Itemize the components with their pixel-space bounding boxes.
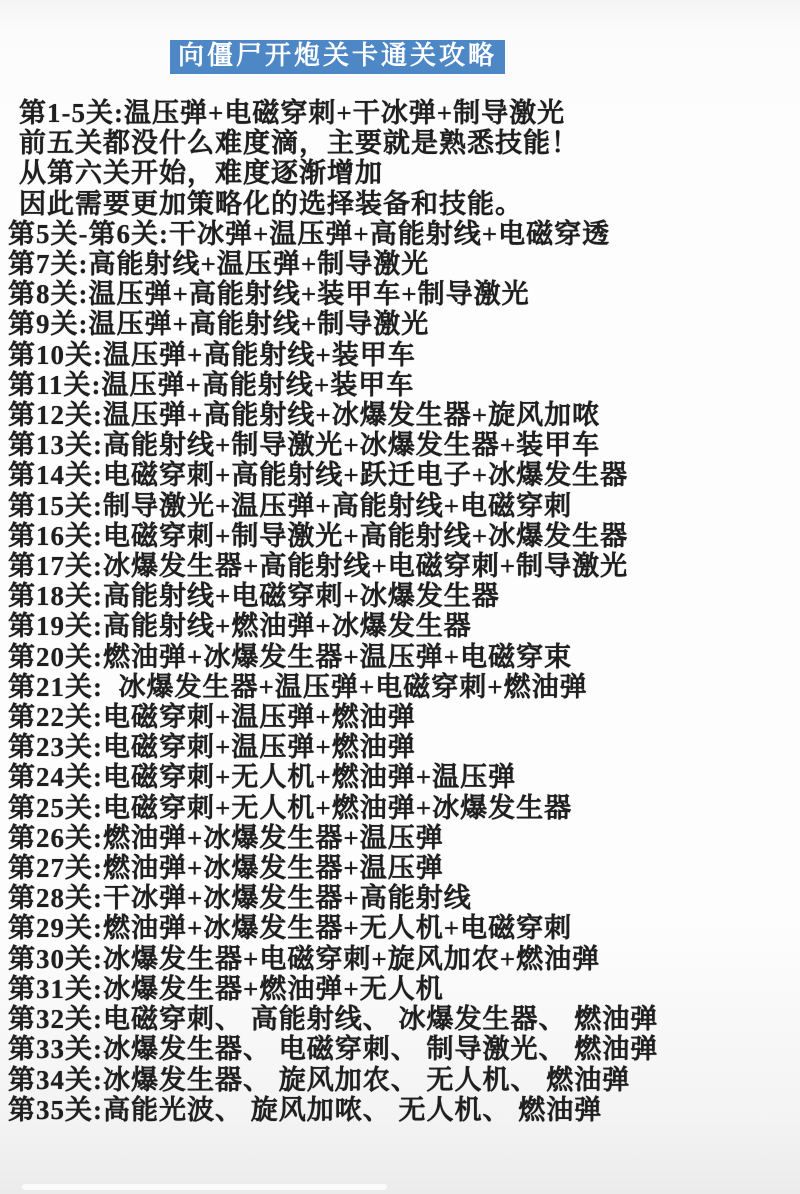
guide-line-level-12: 第12关:温压弹+高能射线+冰爆发生器+旋风加哝 [8,400,800,430]
guide-line-level-25: 第25关:电磁穿刺+无人机+燃油弹+冰爆发生器 [8,793,800,823]
guide-line-level-20: 第20关:燃油弹+冰爆发生器+温压弹+电磁穿束 [8,642,800,672]
guide-line-level-16: 第16关:电磁穿刺+制导激光+高能射线+冰爆发生器 [8,521,800,551]
guide-text: 第1-5关:温压弹+电磁穿刺+干冰弹+制导激光 前五关都没什么难度滴，主要就是熟… [0,98,800,1125]
guide-line-level-19: 第19关:高能射线+燃油弹+冰爆发生器 [8,611,800,641]
guide-line-level-24: 第24关:电磁穿刺+无人机+燃油弹+温压弹 [8,762,800,792]
guide-line-level-21: 第21关: 冰爆发生器+温压弹+电磁穿刺+燃油弹 [8,672,800,702]
guide-line-level-15: 第15关:制导激光+温压弹+高能射线+电磁穿刺 [8,491,800,521]
guide-line-intro-3: 因此需要更加策略化的选择装备和技能。 [8,189,800,219]
guide-line-level-35: 第35关:高能光波、 旋风加哝、 无人机、 燃油弹 [8,1095,800,1125]
guide-line-level-22: 第22关:电磁穿刺+温压弹+燃油弹 [8,702,800,732]
guide-line-level-34: 第34关:冰爆发生器、 旋风加农、 无人机、 燃油弹 [8,1065,800,1095]
guide-line-level-29: 第29关:燃油弹+冰爆发生器+无人机+电磁穿刺 [8,913,800,943]
guide-line-level-23: 第23关:电磁穿刺+温压弹+燃油弹 [8,732,800,762]
guide-line-level-28: 第28关:干冰弹+冰爆发生器+高能射线 [8,883,800,913]
guide-line-level-8: 第8关:温压弹+高能射线+装甲车+制导激光 [8,279,800,309]
guide-line-level-14: 第14关:电磁穿刺+高能射线+跃迁电子+冰爆发生器 [8,460,800,490]
guide-line-levels-5-6: 第5关-第6关:干冰弹+温压弹+高能射线+电磁穿透 [8,219,800,249]
title-row: 向僵尸开炮关卡通关攻略 [0,0,800,72]
guide-line-level-7: 第7关:高能射线+温压弹+制导激光 [8,249,800,279]
guide-line-levels-1-5: 第1-5关:温压弹+电磁穿刺+干冰弹+制导激光 [8,98,800,128]
guide-line-level-33: 第33关:冰爆发生器、 电磁穿刺、 制导激光、 燃油弹 [8,1034,800,1064]
guide-line-intro-1: 前五关都没什么难度滴，主要就是熟悉技能！ [8,128,800,158]
progress-bar[interactable] [22,1184,387,1190]
guide-line-level-31: 第31关:冰爆发生器+燃油弹+无人机 [8,974,800,1004]
guide-line-level-27: 第27关:燃油弹+冰爆发生器+温压弹 [8,853,800,883]
guide-line-level-17: 第17关:冰爆发生器+高能射线+电磁穿刺+制导激光 [8,551,800,581]
page-title: 向僵尸开炮关卡通关攻略 [170,40,505,74]
guide-line-level-11: 第11关:温压弹+高能射线+装甲车 [8,370,800,400]
guide-line-level-30: 第30关:冰爆发生器+电磁穿刺+旋风加农+燃油弹 [8,944,800,974]
guide-line-level-26: 第26关:燃油弹+冰爆发生器+温压弹 [8,823,800,853]
guide-line-level-9: 第9关:温压弹+高能射线+制导激光 [8,309,800,339]
guide-line-level-10: 第10关:温压弹+高能射线+装甲车 [8,340,800,370]
guide-line-level-13: 第13关:高能射线+制导激光+冰爆发生器+装甲车 [8,430,800,460]
guide-line-intro-2: 从第六关开始，难度逐渐增加 [8,158,800,188]
guide-line-level-18: 第18关:高能射线+电磁穿刺+冰爆发生器 [8,581,800,611]
guide-line-level-32: 第32关:电磁穿刺、 高能射线、 冰爆发生器、 燃油弹 [8,1004,800,1034]
